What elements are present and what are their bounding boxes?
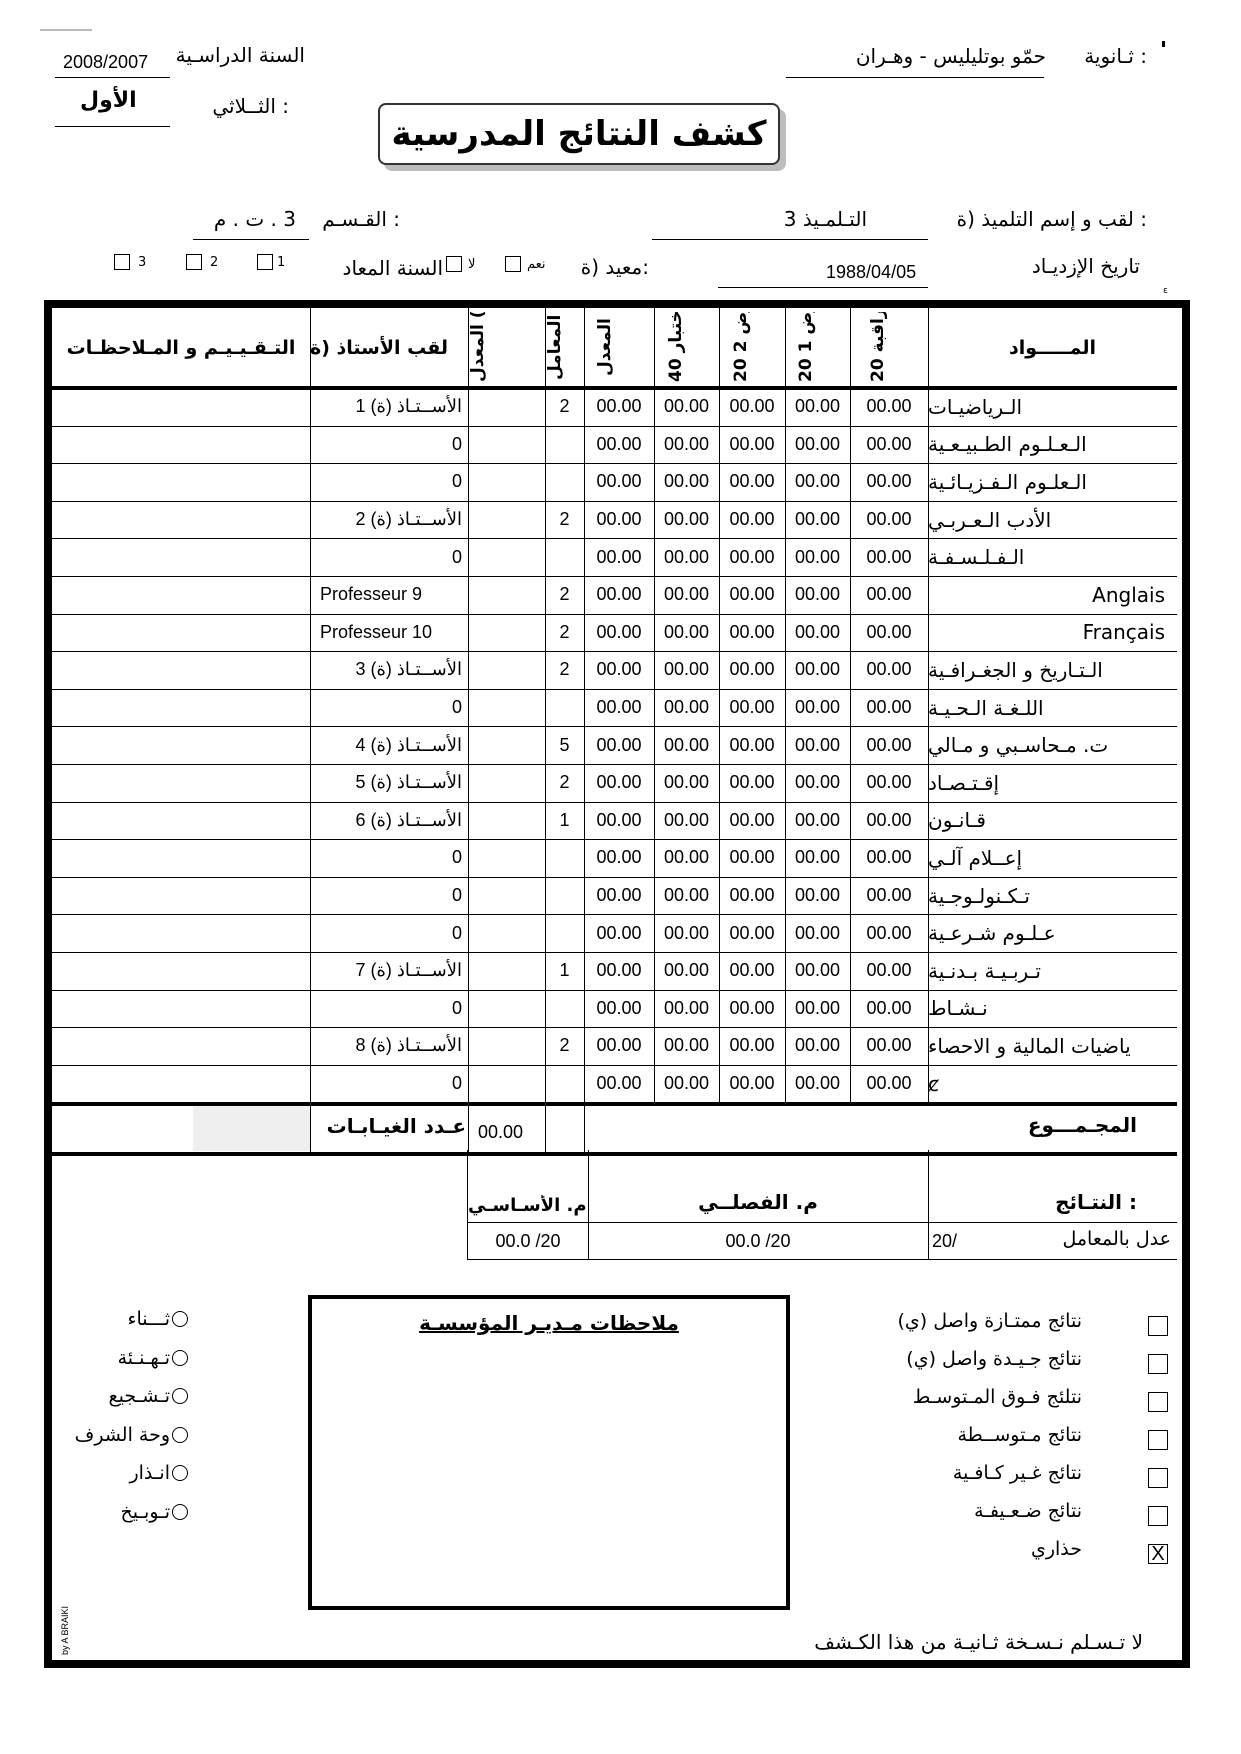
coefficient-cell[interactable] <box>545 426 584 464</box>
weighted-average-label: عدل بالمعامل <box>1062 1228 1171 1250</box>
test2-cell[interactable]: 00.00 <box>719 764 785 802</box>
remarks-cell[interactable] <box>52 388 310 426</box>
remarks-cell[interactable] <box>52 726 310 764</box>
repeat-year-2[interactable]: 2 <box>186 254 218 270</box>
average-cell[interactable]: 00.00 <box>584 914 654 952</box>
appreciation-label: نتائج غـير كـافـية <box>953 1462 1082 1484</box>
exam-cell[interactable]: 00.00 <box>654 802 719 840</box>
repeat-no-checkbox[interactable] <box>446 256 462 272</box>
base-average-label: م. الأسـاسـي <box>468 1195 588 1216</box>
continuous-cell[interactable]: 00.00 <box>850 614 928 652</box>
checkbox[interactable] <box>1148 1316 1168 1336</box>
subject-cell: إعــلام آلـي <box>928 839 1177 877</box>
test2-cell[interactable]: 00.00 <box>719 689 785 727</box>
subject-cell: الـفـلـسـفـة <box>928 538 1177 576</box>
continuous-cell[interactable]: 00.00 <box>850 952 928 990</box>
teacher-cell: 0 <box>310 914 468 952</box>
coefficient-cell[interactable] <box>545 538 584 576</box>
weighted-cell[interactable] <box>468 463 545 501</box>
repeat-year-1-label: 1 <box>277 255 285 270</box>
radio-icon[interactable] <box>172 1465 188 1481</box>
average-cell[interactable]: 00.00 <box>584 651 654 689</box>
table-row: تـكـنولـوجـية00.0000.0000.0000.0000.000 <box>52 877 1177 915</box>
continuous-cell[interactable]: 00.00 <box>850 501 928 539</box>
results-hline-1 <box>467 1222 1177 1223</box>
teacher-cell: الأســتـاذ (ة) 1 <box>310 388 468 426</box>
appreciation-label: نتائج مـتوســطة <box>957 1424 1082 1446</box>
subject-cell: قـانـون <box>928 802 1177 840</box>
term-average-label: م. الفصلــي <box>588 1190 928 1214</box>
checkbox[interactable] <box>1148 1506 1168 1526</box>
repeat-year-3-label: 3 <box>138 255 146 270</box>
repeat-year-2-checkbox[interactable] <box>186 254 202 270</box>
average-cell[interactable]: 00.00 <box>584 576 654 614</box>
weighted-cell[interactable] <box>468 576 545 614</box>
continuous-cell[interactable]: 00.00 <box>850 538 928 576</box>
remarks-cell[interactable] <box>52 501 310 539</box>
test2-cell[interactable]: 00.00 <box>719 1027 785 1065</box>
base-average-value: 00.0 /20 <box>468 1231 588 1252</box>
distinction-label: تـهـنـئة <box>118 1347 170 1369</box>
remarks-cell[interactable] <box>52 990 310 1028</box>
coefficient-cell[interactable]: 2 <box>545 764 584 802</box>
table-row: الـرياضيـات00.0000.0000.0000.0000.002الأ… <box>52 388 1177 426</box>
header-continuous: المراقبة 20/ <box>870 312 910 382</box>
coefficient-cell[interactable]: 2 <box>545 576 584 614</box>
remarks-cell[interactable] <box>52 952 310 990</box>
continuous-cell[interactable]: 00.00 <box>850 426 928 464</box>
subject-cell: الأدب الـعـربـي <box>928 501 1177 539</box>
teacher-cell: 0 <box>310 990 468 1028</box>
weighted-cell[interactable] <box>468 426 545 464</box>
table-row: ياضيات المالية و الاحصاء00.0000.0000.000… <box>52 1027 1177 1065</box>
weighted-cell[interactable] <box>468 388 545 426</box>
teacher-cell: 0 <box>310 689 468 727</box>
table-row: عـلـوم شـرعـية00.0000.0000.0000.0000.000 <box>52 914 1177 952</box>
document-title: كشف النتائج المدرسية <box>378 103 780 165</box>
header-exam: الإختبار 40/ <box>668 312 708 382</box>
teacher-cell: 0 <box>310 463 468 501</box>
weighted-cell[interactable] <box>468 1027 545 1065</box>
stray-mark: ɛ <box>1163 286 1168 296</box>
test2-cell[interactable]: 00.00 <box>719 651 785 689</box>
principal-remarks-title: ملاحظات مـديـر المؤسسـة <box>312 1311 786 1335</box>
weighted-cell[interactable] <box>468 914 545 952</box>
teacher-cell: الأســتـاذ (ة) 7 <box>310 952 468 990</box>
coefficient-cell[interactable] <box>545 990 584 1028</box>
weighted-cell[interactable] <box>468 538 545 576</box>
exam-cell[interactable]: 00.00 <box>654 952 719 990</box>
teacher-cell: الأســتـاذ (ة) 8 <box>310 1027 468 1065</box>
test1-cell[interactable]: 00.00 <box>785 839 850 877</box>
continuous-cell[interactable]: 00.00 <box>850 689 928 727</box>
teacher-cell: الأســتـاذ (ة) 2 <box>310 501 468 539</box>
subject-cell: الـعلـوم الـفـزيـائـية <box>928 463 1177 501</box>
test2-cell[interactable]: 00.00 <box>719 802 785 840</box>
average-cell[interactable]: 00.00 <box>584 501 654 539</box>
birth-date-value: 1988/04/05 <box>826 262 916 283</box>
school-label: : ثـانوية <box>1084 44 1147 68</box>
average-cell[interactable]: 00.00 <box>584 689 654 727</box>
total-label: المجـمـــوع <box>1028 1113 1137 1137</box>
test2-cell[interactable]: 00.00 <box>719 952 785 990</box>
average-cell[interactable]: 00.00 <box>584 426 654 464</box>
remarks-cell[interactable] <box>52 651 310 689</box>
test1-cell[interactable]: 00.00 <box>785 651 850 689</box>
teacher-cell: الأســتـاذ (ة) 3 <box>310 651 468 689</box>
exam-cell[interactable]: 00.00 <box>654 689 719 727</box>
subject-cell: اللـغـة الـحـيـة <box>928 689 1177 727</box>
checkbox[interactable] <box>1148 1430 1168 1450</box>
exam-cell[interactable]: 00.00 <box>654 1027 719 1065</box>
test2-cell[interactable]: 00.00 <box>719 839 785 877</box>
test2-cell[interactable]: 00.00 <box>719 914 785 952</box>
repeat-yes-label: نعم <box>527 257 546 272</box>
radio-icon[interactable] <box>172 1350 188 1366</box>
total-column-divider <box>310 1102 311 1152</box>
radio-icon[interactable] <box>172 1504 188 1520</box>
coefficient-cell[interactable] <box>545 689 584 727</box>
weighted-cell[interactable] <box>468 839 545 877</box>
repeat-yes-checkbox[interactable] <box>505 256 521 272</box>
exam-cell[interactable]: 00.00 <box>654 877 719 915</box>
exam-cell[interactable]: 00.00 <box>654 614 719 652</box>
teacher-cell: الأســتـاذ (ة) 5 <box>310 764 468 802</box>
subject-cell: إقـتـصـاد <box>928 764 1177 802</box>
repeat-no-label: لا <box>468 257 475 272</box>
total-column-divider <box>545 1102 546 1152</box>
exam-cell[interactable]: 00.00 <box>654 1065 719 1103</box>
teacher-cell: 0 <box>310 538 468 576</box>
table-row: إقـتـصـاد00.0000.0000.0000.0000.002الأسـ… <box>52 764 1177 802</box>
test2-cell[interactable]: 00.00 <box>719 726 785 764</box>
table-row: تـربـيـة بـدنـية00.0000.0000.0000.0000.0… <box>52 952 1177 990</box>
weighted-cell[interactable] <box>468 990 545 1028</box>
birth-date-underline <box>718 287 928 288</box>
average-cell[interactable]: 00.00 <box>584 1065 654 1103</box>
test2-cell[interactable]: 00.00 <box>719 538 785 576</box>
remarks-cell[interactable] <box>52 1065 310 1103</box>
table-row: ȼ00.0000.0000.0000.0000.000 <box>52 1065 1177 1103</box>
table-row: الـتـاريخ و الجغـرافـية00.0000.0000.0000… <box>52 651 1177 689</box>
table-row: الـعلـوم الـفـزيـائـية00.0000.0000.0000.… <box>52 463 1177 501</box>
birth-date-label: تاريخ الإزديـاد <box>1032 254 1140 278</box>
remarks-cell[interactable] <box>52 1027 310 1065</box>
coefficient-cell[interactable]: 2 <box>545 614 584 652</box>
remarks-cell[interactable] <box>52 839 310 877</box>
test2-cell[interactable]: 00.00 <box>719 1065 785 1103</box>
exam-cell[interactable]: 00.00 <box>654 914 719 952</box>
teacher-cell: 0 <box>310 877 468 915</box>
continuous-cell[interactable]: 00.00 <box>850 651 928 689</box>
checkbox[interactable] <box>1148 1392 1168 1412</box>
test1-cell[interactable]: 00.00 <box>785 426 850 464</box>
subject-cell: ياضيات المالية و الاحصاء <box>928 1027 1177 1065</box>
header-average: المعدل <box>597 312 633 382</box>
radio-icon[interactable] <box>172 1388 188 1404</box>
repeat-no[interactable]: لا <box>446 256 475 272</box>
school-year-label: السنة الدراسـية <box>176 43 305 67</box>
coefficient-cell[interactable] <box>545 1065 584 1103</box>
subject-cell: الـعـلـوم الطـبيـعـية <box>928 426 1177 464</box>
teacher-cell: 0 <box>310 426 468 464</box>
continuous-cell[interactable]: 00.00 <box>850 764 928 802</box>
test2-cell[interactable]: 00.00 <box>719 501 785 539</box>
test2-cell[interactable]: 00.00 <box>719 990 785 1028</box>
coefficient-cell[interactable]: 5 <box>545 726 584 764</box>
exam-cell[interactable]: 00.00 <box>654 764 719 802</box>
distinction-item[interactable]: وحة الشرف <box>75 1424 188 1446</box>
coefficient-cell[interactable]: 2 <box>545 501 584 539</box>
test1-cell[interactable]: 00.00 <box>785 463 850 501</box>
appreciation-label: حذاري <box>1031 1538 1082 1560</box>
distinction-item[interactable]: انـذار <box>129 1462 188 1484</box>
checkbox-checked[interactable]: X <box>1148 1544 1168 1564</box>
exam-cell[interactable]: 00.00 <box>654 990 719 1028</box>
principal-remarks-box[interactable]: ملاحظات مـديـر المؤسسـة <box>308 1295 790 1610</box>
radio-icon[interactable] <box>172 1311 188 1327</box>
test2-cell[interactable]: 00.00 <box>719 388 785 426</box>
continuous-cell[interactable]: 00.00 <box>850 839 928 877</box>
exam-cell[interactable]: 00.00 <box>654 839 719 877</box>
distinction-label: وحة الشرف <box>75 1424 170 1446</box>
teacher-cell: Professeur 9 <box>310 576 468 614</box>
average-cell[interactable]: 00.00 <box>584 802 654 840</box>
teacher-cell: 0 <box>310 839 468 877</box>
average-cell[interactable]: 00.00 <box>584 538 654 576</box>
coefficient-cell[interactable] <box>545 839 584 877</box>
class-label: : القـسـم <box>322 207 400 231</box>
absences-shade <box>193 1106 310 1151</box>
exam-cell[interactable]: 00.00 <box>654 463 719 501</box>
continuous-cell[interactable]: 00.00 <box>850 388 928 426</box>
weighted-cell[interactable] <box>468 877 545 915</box>
appreciation-label: نتائج ضـعـيفـة <box>974 1500 1082 1522</box>
weighted-cell[interactable] <box>468 802 545 840</box>
remarks-cell[interactable] <box>52 538 310 576</box>
coefficient-cell[interactable] <box>545 877 584 915</box>
table-row: اللـغـة الـحـيـة00.0000.0000.0000.0000.0… <box>52 689 1177 727</box>
subject-cell: تـكـنولـوجـية <box>928 877 1177 915</box>
remarks-cell[interactable] <box>52 463 310 501</box>
average-cell[interactable]: 00.00 <box>584 1027 654 1065</box>
distinction-item[interactable]: تـهـنـئة <box>118 1347 188 1369</box>
total-column-divider <box>584 1102 585 1152</box>
coefficient-cell[interactable]: 2 <box>545 1027 584 1065</box>
remarks-cell[interactable] <box>52 877 310 915</box>
repeat-year-1[interactable]: 1 <box>257 254 285 270</box>
repeat-label: :معيد (ة <box>581 255 649 279</box>
continuous-cell[interactable]: 00.00 <box>850 802 928 840</box>
test1-cell[interactable]: 00.00 <box>785 689 850 727</box>
school-name: حمّو بوتليليس - وهـران <box>856 44 1046 68</box>
exam-cell[interactable]: 00.00 <box>654 388 719 426</box>
test2-cell[interactable]: 00.00 <box>719 426 785 464</box>
remarks-cell[interactable] <box>52 426 310 464</box>
table-row: Français00.0000.0000.0000.0000.002Profes… <box>52 614 1177 652</box>
remarks-cell[interactable] <box>52 576 310 614</box>
average-cell[interactable]: 00.00 <box>584 952 654 990</box>
absences-label: عـدد الغيـابـات <box>327 1114 466 1138</box>
average-cell[interactable]: 00.00 <box>584 614 654 652</box>
trimester-underline <box>55 126 170 127</box>
weighted-cell[interactable] <box>468 764 545 802</box>
distinction-item[interactable]: تـوبـيخ <box>120 1501 188 1523</box>
exam-cell[interactable]: 00.00 <box>654 501 719 539</box>
weighted-cell[interactable] <box>468 614 545 652</box>
average-cell[interactable]: 00.00 <box>584 764 654 802</box>
average-cell[interactable]: 00.00 <box>584 726 654 764</box>
distinction-item[interactable]: تـشـجيع <box>109 1385 188 1407</box>
test1-cell[interactable]: 00.00 <box>785 877 850 915</box>
header-avg-x-coef: المعدل (x) المعامل <box>470 312 544 382</box>
coefficient-cell[interactable] <box>545 463 584 501</box>
class-underline <box>193 239 309 240</box>
test1-cell[interactable]: 00.00 <box>785 614 850 652</box>
weighted-cell[interactable] <box>468 1065 545 1103</box>
subject-cell: الـتـاريخ و الجغـرافـية <box>928 651 1177 689</box>
test1-cell[interactable]: 00.00 <box>785 576 850 614</box>
table-row: نـشـاط00.0000.0000.0000.0000.000 <box>52 990 1177 1028</box>
test1-cell[interactable]: 00.00 <box>785 726 850 764</box>
table-row: الـعـلـوم الطـبيـعـية00.0000.0000.0000.0… <box>52 426 1177 464</box>
school-year-underline <box>55 77 170 78</box>
repeat-year-label: السنة المعاد <box>343 256 443 280</box>
average-cell[interactable]: 00.00 <box>584 388 654 426</box>
header-subjects: المـــــواد <box>928 308 1177 388</box>
header-coefficient: المعامل <box>547 312 583 382</box>
distinction-label: ثـــناء <box>128 1308 170 1330</box>
remarks-cell[interactable] <box>52 802 310 840</box>
teacher-cell: الأســتـاذ (ة) 6 <box>310 802 468 840</box>
grades-table: المـــــواد المراقبة 20/ الفرض 1 20/ الف… <box>52 308 1177 1228</box>
coefficient-cell[interactable]: 2 <box>545 651 584 689</box>
exam-cell[interactable]: 00.00 <box>654 426 719 464</box>
footer-notice: لا تـسـلم نـسـخة ثـانيـة من هذا الكـشف <box>814 1630 1143 1654</box>
student-name-label: : لقب و إسم التلميذ (ة <box>957 207 1147 231</box>
average-cell[interactable]: 00.00 <box>584 463 654 501</box>
author-credit: by A BRAIKI <box>60 1606 70 1655</box>
table-row: Anglais00.0000.0000.0000.0000.002Profess… <box>52 576 1177 614</box>
distinction-item[interactable]: ثـــناء <box>128 1308 188 1330</box>
appreciation-label: نتلئج فـوق المـتوسـط <box>913 1386 1082 1408</box>
table-row: الـفـلـسـفـة00.0000.0000.0000.0000.000 <box>52 538 1177 576</box>
test2-cell[interactable]: 00.00 <box>719 463 785 501</box>
average-cell[interactable]: 00.00 <box>584 839 654 877</box>
checkbox[interactable] <box>1148 1468 1168 1488</box>
radio-icon[interactable] <box>172 1427 188 1443</box>
repeat-year-3-checkbox[interactable] <box>114 254 130 270</box>
total-column-divider <box>468 1102 469 1152</box>
remarks-cell[interactable] <box>52 614 310 652</box>
exam-cell[interactable]: 00.00 <box>654 576 719 614</box>
appreciation-label: نتائج جـيـدة واصل (ي) <box>906 1348 1082 1370</box>
continuous-cell[interactable]: 00.00 <box>850 576 928 614</box>
continuous-cell[interactable]: 00.00 <box>850 914 928 952</box>
test1-cell[interactable]: 00.00 <box>785 764 850 802</box>
test1-cell[interactable]: 00.00 <box>785 802 850 840</box>
continuous-cell[interactable]: 00.00 <box>850 1065 928 1103</box>
continuous-cell[interactable]: 00.00 <box>850 726 928 764</box>
continuous-cell[interactable]: 00.00 <box>850 990 928 1028</box>
test1-cell[interactable]: 00.00 <box>785 952 850 990</box>
teacher-cell: Professeur 10 <box>310 614 468 652</box>
weighted-cell[interactable] <box>468 726 545 764</box>
document-title-text: كشف النتائج المدرسية <box>391 114 766 154</box>
term-average-value: 00.0 /20 <box>588 1231 928 1252</box>
exam-cell[interactable]: 00.00 <box>654 726 719 764</box>
subject-cell: ȼ <box>928 1065 1177 1103</box>
test2-cell[interactable]: 00.00 <box>719 614 785 652</box>
remarks-cell[interactable] <box>52 914 310 952</box>
repeat-year-3[interactable]: 3 <box>114 254 146 270</box>
weighted-cell[interactable] <box>468 501 545 539</box>
subject-cell: Français <box>928 614 1177 652</box>
header-teacher: لقب الأستاذ (ة <box>310 308 468 388</box>
coefficient-cell[interactable]: 1 <box>545 952 584 990</box>
table-row: إعــلام آلـي00.0000.0000.0000.0000.000 <box>52 839 1177 877</box>
coefficient-cell[interactable] <box>545 914 584 952</box>
continuous-cell[interactable]: 00.00 <box>850 1027 928 1065</box>
table-row: ت. مـحاسـبي و مـالي00.0000.0000.0000.000… <box>52 726 1177 764</box>
subject-cell: نـشـاط <box>928 990 1177 1028</box>
header-remarks: التـقـيـيـم و المـلاحظـات <box>52 308 310 388</box>
exam-cell[interactable]: 00.00 <box>654 538 719 576</box>
distinction-label: تـشـجيع <box>109 1385 170 1407</box>
results-hline-2 <box>467 1259 1177 1260</box>
teacher-cell: 0 <box>310 1065 468 1103</box>
test1-cell[interactable]: 00.00 <box>785 1065 850 1103</box>
total-divider-bottom <box>52 1152 1177 1156</box>
checkbox[interactable] <box>1148 1354 1168 1374</box>
test1-cell[interactable]: 00.00 <box>785 388 850 426</box>
test2-cell[interactable]: 00.00 <box>719 877 785 915</box>
remarks-cell[interactable] <box>52 689 310 727</box>
continuous-cell[interactable]: 00.00 <box>850 463 928 501</box>
repeat-yes[interactable]: نعم <box>505 256 546 272</box>
weighted-cell[interactable] <box>468 651 545 689</box>
header-test2: الفرض 2 20/ <box>733 312 773 382</box>
subject-cell: ت. مـحاسـبي و مـالي <box>928 726 1177 764</box>
repeat-year-2-label: 2 <box>210 255 218 270</box>
test1-cell[interactable]: 00.00 <box>785 914 850 952</box>
repeat-year-1-checkbox[interactable] <box>257 254 273 270</box>
average-cell[interactable]: 00.00 <box>584 990 654 1028</box>
header-test1: الفرض 1 20/ <box>798 312 838 382</box>
coefficient-cell[interactable]: 1 <box>545 802 584 840</box>
weighted-average-value: 20/ <box>932 1231 957 1252</box>
subject-cell: عـلـوم شـرعـية <box>928 914 1177 952</box>
corner-mark <box>40 29 92 31</box>
remarks-cell[interactable] <box>52 764 310 802</box>
continuous-cell[interactable]: 00.00 <box>850 877 928 915</box>
weighted-cell[interactable] <box>468 689 545 727</box>
weighted-cell[interactable] <box>468 952 545 990</box>
test1-cell[interactable]: 00.00 <box>785 1027 850 1065</box>
results-label: : النتـائج <box>1055 1190 1137 1214</box>
coefficient-cell[interactable]: 2 <box>545 388 584 426</box>
subject-cell: Anglais <box>928 576 1177 614</box>
trimester-label: : الثــلاثي <box>212 94 289 118</box>
test2-cell[interactable]: 00.00 <box>719 576 785 614</box>
test1-cell[interactable]: 00.00 <box>785 501 850 539</box>
average-cell[interactable]: 00.00 <box>584 877 654 915</box>
subject-cell: الـرياضيـات <box>928 388 1177 426</box>
school-year-value: 2008/2007 <box>63 52 148 73</box>
exam-cell[interactable]: 00.00 <box>654 651 719 689</box>
test1-cell[interactable]: 00.00 <box>785 538 850 576</box>
test1-cell[interactable]: 00.00 <box>785 990 850 1028</box>
